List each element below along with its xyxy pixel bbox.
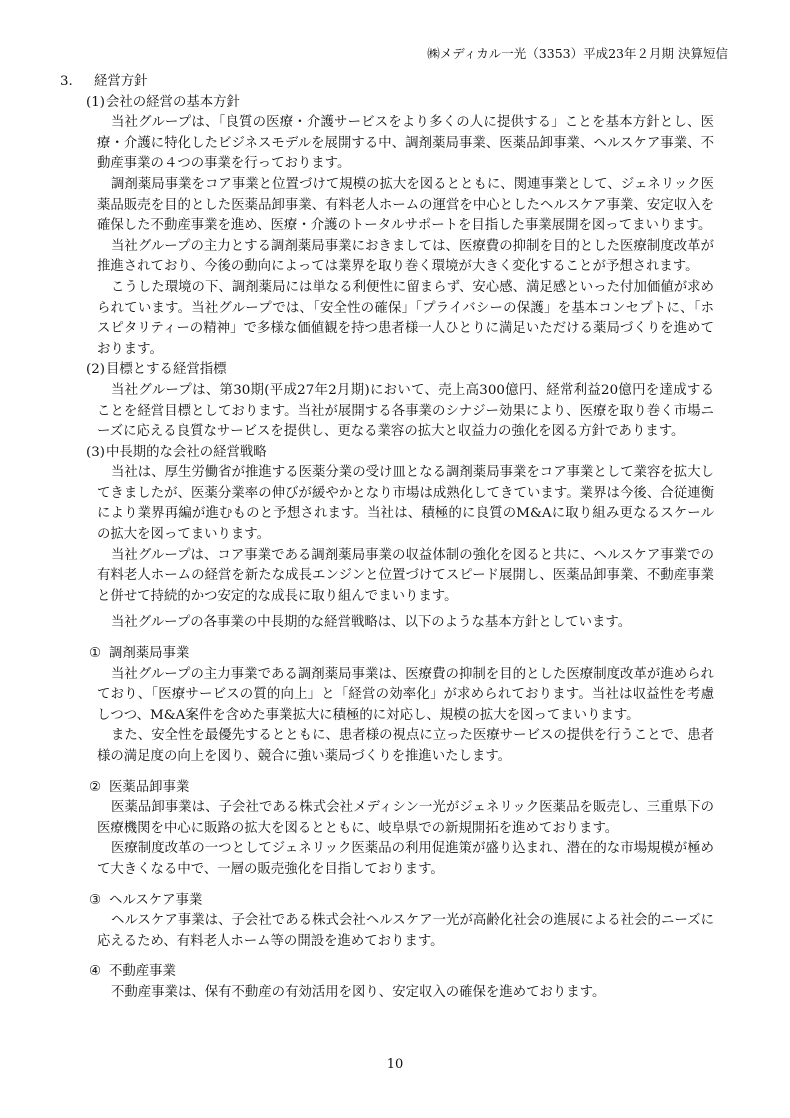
paragraph: 当社グループは、「良質の医療・介護サービスをより多くの人に提供する」ことを基本方… <box>60 113 714 175</box>
item-number: ④ <box>89 962 109 983</box>
paragraph: 不動産事業は、保有不動産の有効活用を図り、安定収入の確保を進めております。 <box>60 983 714 1004</box>
item-title-text: 不動産事業 <box>109 964 176 979</box>
paragraph: 医療制度改革の一つとしてジェネリック医薬品の利用促進策が盛り込まれ、潜在的な市場… <box>60 839 714 880</box>
paragraph: 当社グループは、第30期(平成27年2月期)において、売上高300億円、経常利益… <box>60 381 714 443</box>
subsection-title-text: 会社の経営の基本方針 <box>106 95 240 110</box>
paragraph: 調剤薬局事業をコア事業と位置づけて規模の拡大を図るとともに、関連事業として、ジェ… <box>60 175 714 237</box>
item-title-pharma-wholesale: ②医薬品卸事業 <box>60 778 720 799</box>
section-title: 3.経営方針 <box>60 72 720 93</box>
subsection-number: (1) <box>86 93 106 114</box>
item-title-healthcare: ③ヘルスケア事業 <box>60 891 720 912</box>
paragraph: 当社グループは、コア事業である調剤薬局事業の収益体制の強化を図ると共に、ヘルスケ… <box>60 546 714 608</box>
section-number: 3. <box>60 72 94 93</box>
subsection-number: (2) <box>86 360 106 381</box>
subsection-number: (3) <box>86 443 106 464</box>
paragraph: 当社は、厚生労働省が推進する医薬分業の受け皿となる調剤薬局事業をコア事業として業… <box>60 463 714 545</box>
spacer <box>60 881 720 891</box>
subsection-title-text: 中長期的な会社の経営戦略 <box>106 445 267 460</box>
subsection-title-basic-policy: (1)会社の経営の基本方針 <box>60 93 720 114</box>
item-title-text: 調剤薬局事業 <box>109 646 189 661</box>
paragraph: また、安全性を最優先するとともに、患者様の視点に立った医療サービスの提供を行うこ… <box>60 726 714 767</box>
document-header: ㈱メディカル一光（3353）平成23年２月期 決算短信 <box>427 44 728 62</box>
paragraph: 当社グループの主力事業である調剤薬局事業は、医療費の抑制を目的とした医療制度改革… <box>60 665 714 727</box>
paragraph: ヘルスケア事業は、子会社である株式会社ヘルスケア一光が高齢化社会の進展による社会… <box>60 911 714 952</box>
spacer <box>60 952 720 962</box>
paragraph: 医薬品卸事業は、子会社である株式会社メディシン一光がジェネリック医薬品を販売し、… <box>60 798 714 839</box>
item-title-dispensing-pharmacy: ①調剤薬局事業 <box>60 644 720 665</box>
item-number: ① <box>89 644 109 665</box>
paragraph: 当社グループの各事業の中長期的な経営戦略は、以下のような基本方針としています。 <box>60 613 714 634</box>
spacer <box>60 634 720 644</box>
subsection-title-target-indicators: (2)目標とする経営指標 <box>60 360 720 381</box>
document-body: 3.経営方針 (1)会社の経営の基本方針 当社グループは、「良質の医療・介護サー… <box>60 72 720 1004</box>
item-title-text: 医薬品卸事業 <box>109 780 189 795</box>
spacer <box>60 768 720 778</box>
page-number: 10 <box>0 1057 790 1072</box>
paragraph: こうした環境の下、調剤薬局には単なる利便性に留まらず、安心感、満足感といった付加… <box>60 278 714 360</box>
paragraph: 当社グループの主力とする調剤薬局事業におきましては、医療費の抑制を目的とした医療… <box>60 237 714 278</box>
item-number: ② <box>89 778 109 799</box>
subsection-title-mid-long-strategy: (3)中長期的な会社の経営戦略 <box>60 443 720 464</box>
item-title-text: ヘルスケア事業 <box>109 893 202 908</box>
item-title-real-estate: ④不動産事業 <box>60 962 720 983</box>
subsection-title-text: 目標とする経営指標 <box>106 362 227 377</box>
item-number: ③ <box>89 891 109 912</box>
section-title-text: 経営方針 <box>94 74 148 89</box>
